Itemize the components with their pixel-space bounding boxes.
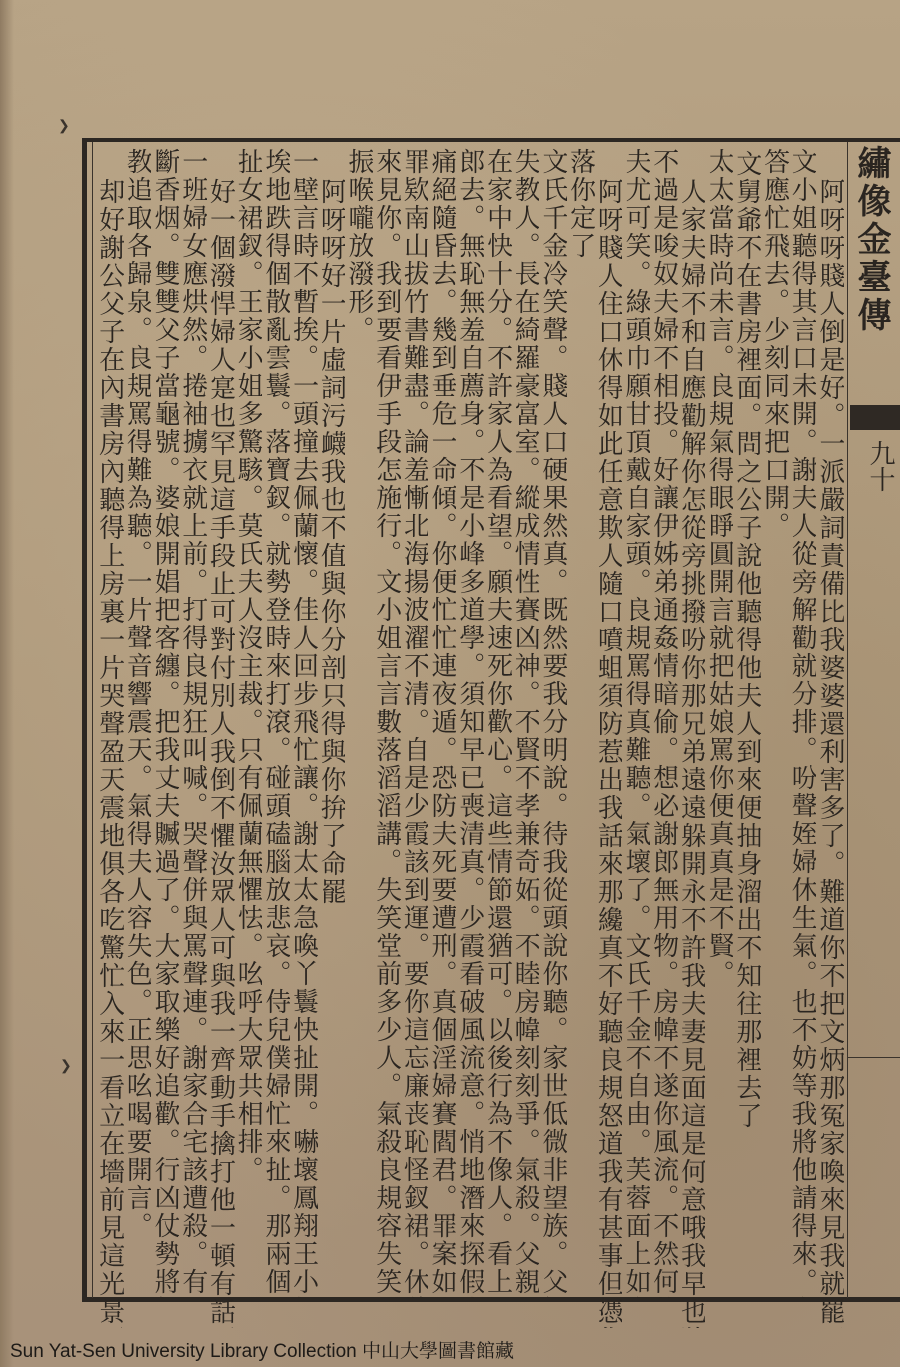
running-head-divider: [848, 1057, 900, 1058]
text-column: 扯女裙釵。王家小姐多驚駭。莫氏夫人沒主裁。只有佩蘭無懼怯。吆呼大眾共相排。: [235, 148, 263, 1298]
vertical-text-body: 阿呀呀賤人倒是好。一派嚴詞責備比我婆婆還利害多了。難道你不把文炳那冤家喚來見我就…: [96, 148, 844, 1298]
text-column: 文小姐聽得其言口未開。謝夫人從旁解勸就分排。吩聲姪婦休生氣。也不妨等我將他請得來…: [789, 148, 817, 1298]
running-head-title: 繡像金臺傳: [856, 145, 896, 335]
text-column: 一班婦女應烘然。捲袖擄衣就上前。打得良規狂叫喊。哭聲併與罵聲連。謝家合宅該遭殺。…: [179, 148, 207, 1298]
text-column: 阿呀呀好一片虛詞污衊我也不值與你分剖只得與你拚了命罷: [318, 148, 346, 1328]
text-column: 不過是唆奴夫婦不相投。好讓伊姊弟通姦情暗偷。想必謝郎無用物。房幃不遂你風流。不然…: [650, 148, 678, 1298]
text-column: 來見你。我到要看伊手段怎施行。文小姐言言數落滔滔講。失笑堂前多少人。氣殺良規容失…: [373, 148, 401, 1298]
text-column: 罪欵南山拔竹書難盡。論羞慚北海揚波濯不清。自是少霞該到運。要你這忘廉丧恥怪釵裙。…: [401, 148, 429, 1298]
folio-number: 九十: [862, 440, 899, 492]
text-column: 阿呀賤人住口休得如此任意欺人隨口噴蛆須防惹出我話來那纔真不好聽良規怒道我有甚事但…: [595, 148, 623, 1328]
text-column: 郎去。無恥無羞自薦身。不是小峰多道學。須知早已喪清真。少霞看破風流意。悄地潛來探…: [456, 148, 484, 1298]
text-column: 好一個潑悍婦人寔也罕見這手段止可對付別人我倒不懼汝眾人可與我一齊動手擒打他一頓有…: [207, 148, 235, 1328]
text-column: 一壁言時不暫挨。一頭撞去佩蘭懷。佳人回步飛忙讓。謝太太急喚丫鬟快扯開。嚇壞鳳翔王…: [290, 148, 318, 1298]
text-column: 痛絕隨昏去。幾到垂危一命傾。你便忙忙連夜遁。恐防夫死要遭刑。真個淫婦賽閻君。罪案…: [428, 148, 456, 1298]
text-column: 文氏千金冷笑聲。賤人口硬果然真。既然要我分明說。待我從頭說你聽。家世低微非望族。…: [539, 148, 567, 1298]
fishtail-mark: [850, 405, 900, 430]
text-column: 振喉嚨放潑形。: [345, 148, 373, 1298]
text-column: 阿呀呀賤人倒是好。一派嚴詞責備比我婆婆還利害多了。難道你不把文炳那冤家喚來見我就…: [816, 148, 844, 1328]
text-column: 斷香烟。雙雙父子當龜號。婆娘開娼把客纏。把我丈夫贓過了。大家取樂好追歡。行凶仗勢…: [151, 148, 179, 1298]
text-column: 在家中快十分。不許家人為看望。願夫速死你歡心。這些情節還猶可。以後行為不像人。看…: [484, 148, 512, 1298]
text-column: 埃地跌得個散亂雲鬟。落寶釵。就勢登時來打滾。碰頭磕腦放悲哀。侍兒僕婦忙來扯。那兩…: [262, 148, 290, 1298]
text-column: 教追取各歸泉。良規罵得難為聽。一片聲音響震天。氣得夫人容失色。正思吆喝要開言。: [124, 148, 152, 1298]
text-column: 答應忙飛去。少刻同來把口開。: [761, 148, 789, 1298]
text-column: 落你定了: [567, 148, 595, 1298]
page-edge-shadow: [0, 0, 14, 1367]
margin-mark: ❯: [58, 118, 70, 134]
text-column: 夫尤可笑。綠頭巾願甘頂戴自家頭。良規罵得真難聽。氣壞了。文氏千金不自由。芙蓉面上…: [622, 148, 650, 1298]
text-column: 失教人。長在綺羅豪富室。縱成情性賽凶神。不賢不孝兼奇妬。不睦房幃刻刻爭。氣殺。父…: [512, 148, 540, 1298]
text-column: 太太當時尚未言。良規氣得眼睜圓開言就把姑娘罵你便真真是不賢。: [705, 148, 733, 1298]
library-collection-credit: Sun Yat-Sen University Library Collectio…: [10, 1336, 514, 1363]
frame-inner-rule: [92, 142, 93, 1298]
text-column: 人家夫婦不和自應勸解你怎從旁挑撥吩你那兄弟遠遠躲開永不許我夫妻見面這是何意哦我早…: [678, 148, 706, 1328]
text-column: 文舅爺不在書房裡面。問之公子說他聽得他夫人到來便抽身溜出不知往那裡去了: [733, 148, 761, 1300]
text-column: 却好謝公父子在內書房內聽得上房裏一片哭聲盈天震地俱各吃驚忙入來一看立在墻前見這光…: [96, 148, 124, 1328]
margin-mark: ❯: [60, 1058, 72, 1074]
